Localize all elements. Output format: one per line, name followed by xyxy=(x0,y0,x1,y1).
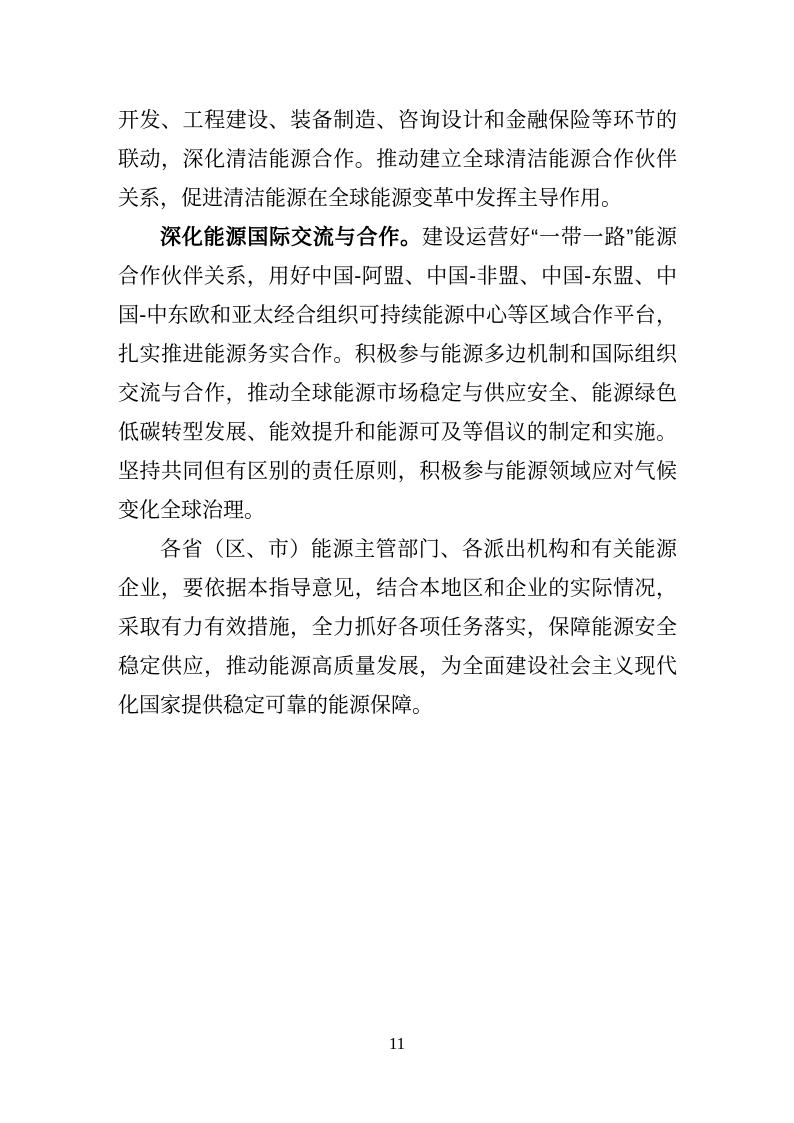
page-number: 11 xyxy=(389,1034,405,1053)
document-page: 开发、工程建设、装备制造、咨询设计和金融保险等环节的联动，深化清洁能源合作。推动… xyxy=(0,0,794,1123)
paragraph-implementation-requirements: 各省（区、市）能源主管部门、各派出机构和有关能源企业，要依据本指导意见，结合本地… xyxy=(118,530,677,725)
paragraph-international-exchange: 深化能源国际交流与合作。建设运营好“一带一路”能源合作伙伴关系，用好中国-阿盟、… xyxy=(118,218,677,530)
paragraph-text: 各省（区、市）能源主管部门、各派出机构和有关能源企业，要依据本指导意见，结合本地… xyxy=(118,538,677,717)
page-content: 开发、工程建设、装备制造、咨询设计和金融保险等环节的联动，深化清洁能源合作。推动… xyxy=(118,101,677,725)
paragraph-text: 建设运营好“一带一路”能源合作伙伴关系，用好中国-阿盟、中国-非盟、中国-东盟、… xyxy=(118,226,677,522)
page-footer: 11 xyxy=(0,1033,794,1055)
paragraph-text: 开发、工程建设、装备制造、咨询设计和金融保险等环节的联动，深化清洁能源合作。推动… xyxy=(118,109,677,210)
paragraph-bold-lead: 深化能源国际交流与合作。 xyxy=(160,226,422,249)
paragraph-clean-energy-cooperation: 开发、工程建设、装备制造、咨询设计和金融保险等环节的联动，深化清洁能源合作。推动… xyxy=(118,101,677,218)
